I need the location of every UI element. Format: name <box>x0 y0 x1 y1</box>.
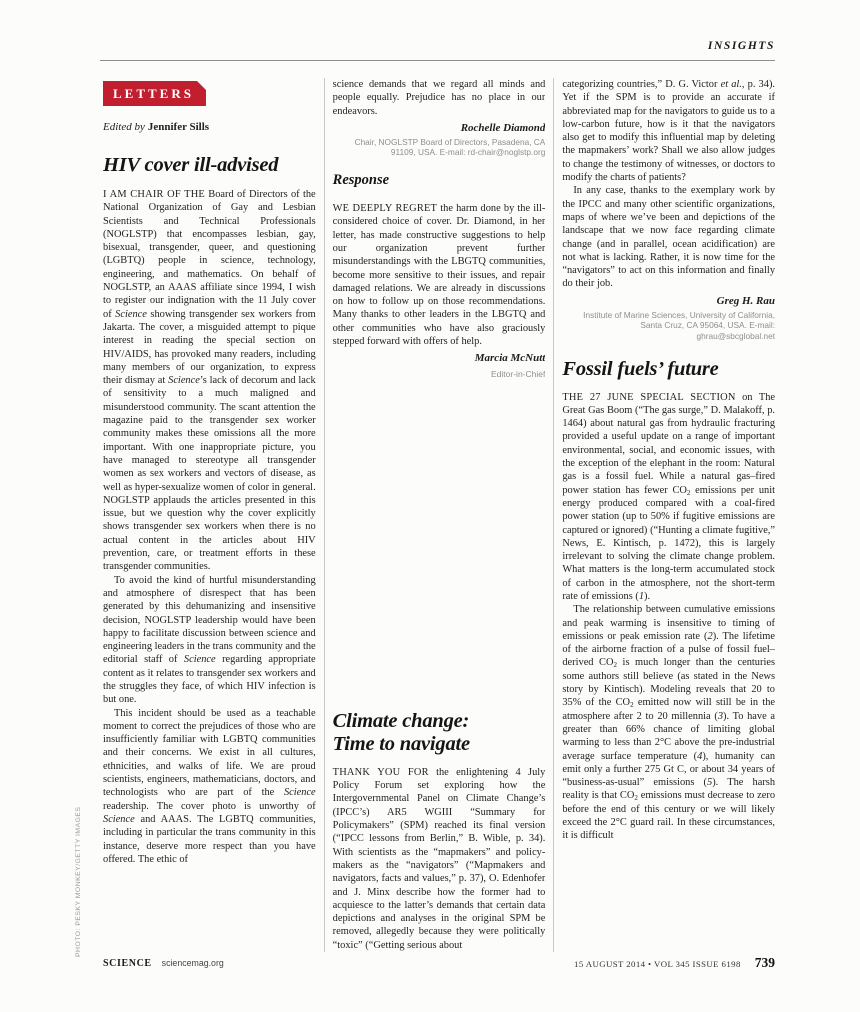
climate-paragraph-1: THANK YOU FOR the enlightening 4 July Po… <box>333 766 546 952</box>
climate-paragraph-2: categorizing countries,” D. G. Victor et… <box>562 78 775 184</box>
hiv-letter-affiliation: Chair, NOGLSTP Board of Directors, Pasad… <box>333 137 546 158</box>
magazine-page: INSIGHTS LETTERS Edited byJennifer Sills… <box>0 0 860 1012</box>
letters-badge: LETTERS <box>103 81 206 106</box>
edited-by-prefix: Edited by <box>103 121 145 133</box>
footer-journal-name: SCIENCE <box>103 958 152 969</box>
hiv-letter-continued: science demands that we regard all minds… <box>333 78 546 118</box>
fossil-paragraph-2: The relationship between cumulative emis… <box>562 603 775 842</box>
hiv-letter-body: I AM CHAIR OF THE Board of Directors of … <box>103 188 316 866</box>
footer-page-number: 739 <box>755 955 775 971</box>
paragraph-lead: THANK YOU FOR <box>333 767 429 778</box>
editor-name: Jennifer Sills <box>148 121 209 133</box>
fossil-letter-body: THE 27 JUNE SPECIAL SECTION on The Great… <box>562 391 775 843</box>
column-middle: science demands that we regard all minds… <box>324 78 546 952</box>
hiv-paragraph-2: To avoid the kind of hurtful misundersta… <box>103 574 316 707</box>
hiv-paragraph-3: This incident should be used as a teacha… <box>103 707 316 867</box>
photo-credit: PHOTO: PESKY MONKEY/GETTY IMAGES <box>75 807 82 957</box>
climate-letter-body: THANK YOU FOR the enlightening 4 July Po… <box>333 766 546 952</box>
hiv-letter-title: HIV cover ill-advised <box>103 154 316 177</box>
response-body: WE DEEPLY REGRET the harm done by the il… <box>333 202 546 348</box>
response-signature-role: Editor-in-Chief <box>333 369 546 379</box>
hiv-paragraph-1: I AM CHAIR OF THE Board of Directors of … <box>103 188 316 574</box>
climate-paragraph-3: In any case, thanks to the exemplary wor… <box>562 184 775 290</box>
paragraph-lead: THE 27 JUNE SPECIAL SECTION <box>562 392 735 403</box>
footer-right: 15 AUGUST 2014 • VOL 345 ISSUE 6198 739 <box>574 955 775 971</box>
climate-letter-title: Climate change: Time to navigate <box>333 710 546 756</box>
paragraph-lead: WE DEEPLY REGRET <box>333 203 437 214</box>
climate-letter: Climate change: Time to navigate THANK Y… <box>333 710 546 952</box>
column-right: categorizing countries,” D. G. Victor et… <box>553 78 775 952</box>
paragraph-lead: I AM CHAIR OF THE <box>103 189 205 200</box>
footer-issue-info: 15 AUGUST 2014 • VOL 345 ISSUE 6198 <box>574 959 741 969</box>
response-title: Response <box>333 172 546 189</box>
fossil-paragraph-1: THE 27 JUNE SPECIAL SECTION on The Great… <box>562 391 775 604</box>
response-paragraph: WE DEEPLY REGRET the harm done by the il… <box>333 202 546 348</box>
letters-columns: LETTERS Edited byJennifer Sills HIV cove… <box>103 78 775 952</box>
response-signature: Marcia McNutt <box>333 352 546 364</box>
header-rule <box>100 60 775 61</box>
edited-by-line: Edited byJennifer Sills <box>103 121 316 133</box>
section-label: INSIGHTS <box>708 40 775 52</box>
hiv-letter-signature: Rochelle Diamond <box>333 122 546 134</box>
climate-letter-signature: Greg H. Rau <box>562 295 775 307</box>
fossil-letter-title: Fossil fuels’ future <box>562 358 775 381</box>
hiv-paragraph-4: science demands that we regard all minds… <box>333 78 546 118</box>
footer-website: sciencemag.org <box>162 958 224 968</box>
climate-letter-continued: categorizing countries,” D. G. Victor et… <box>562 78 775 291</box>
climate-letter-affiliation: Institute of Marine Sciences, University… <box>562 310 775 342</box>
footer-left: SCIENCE sciencemag.org <box>103 958 224 969</box>
column-left: LETTERS Edited byJennifer Sills HIV cove… <box>103 78 316 952</box>
